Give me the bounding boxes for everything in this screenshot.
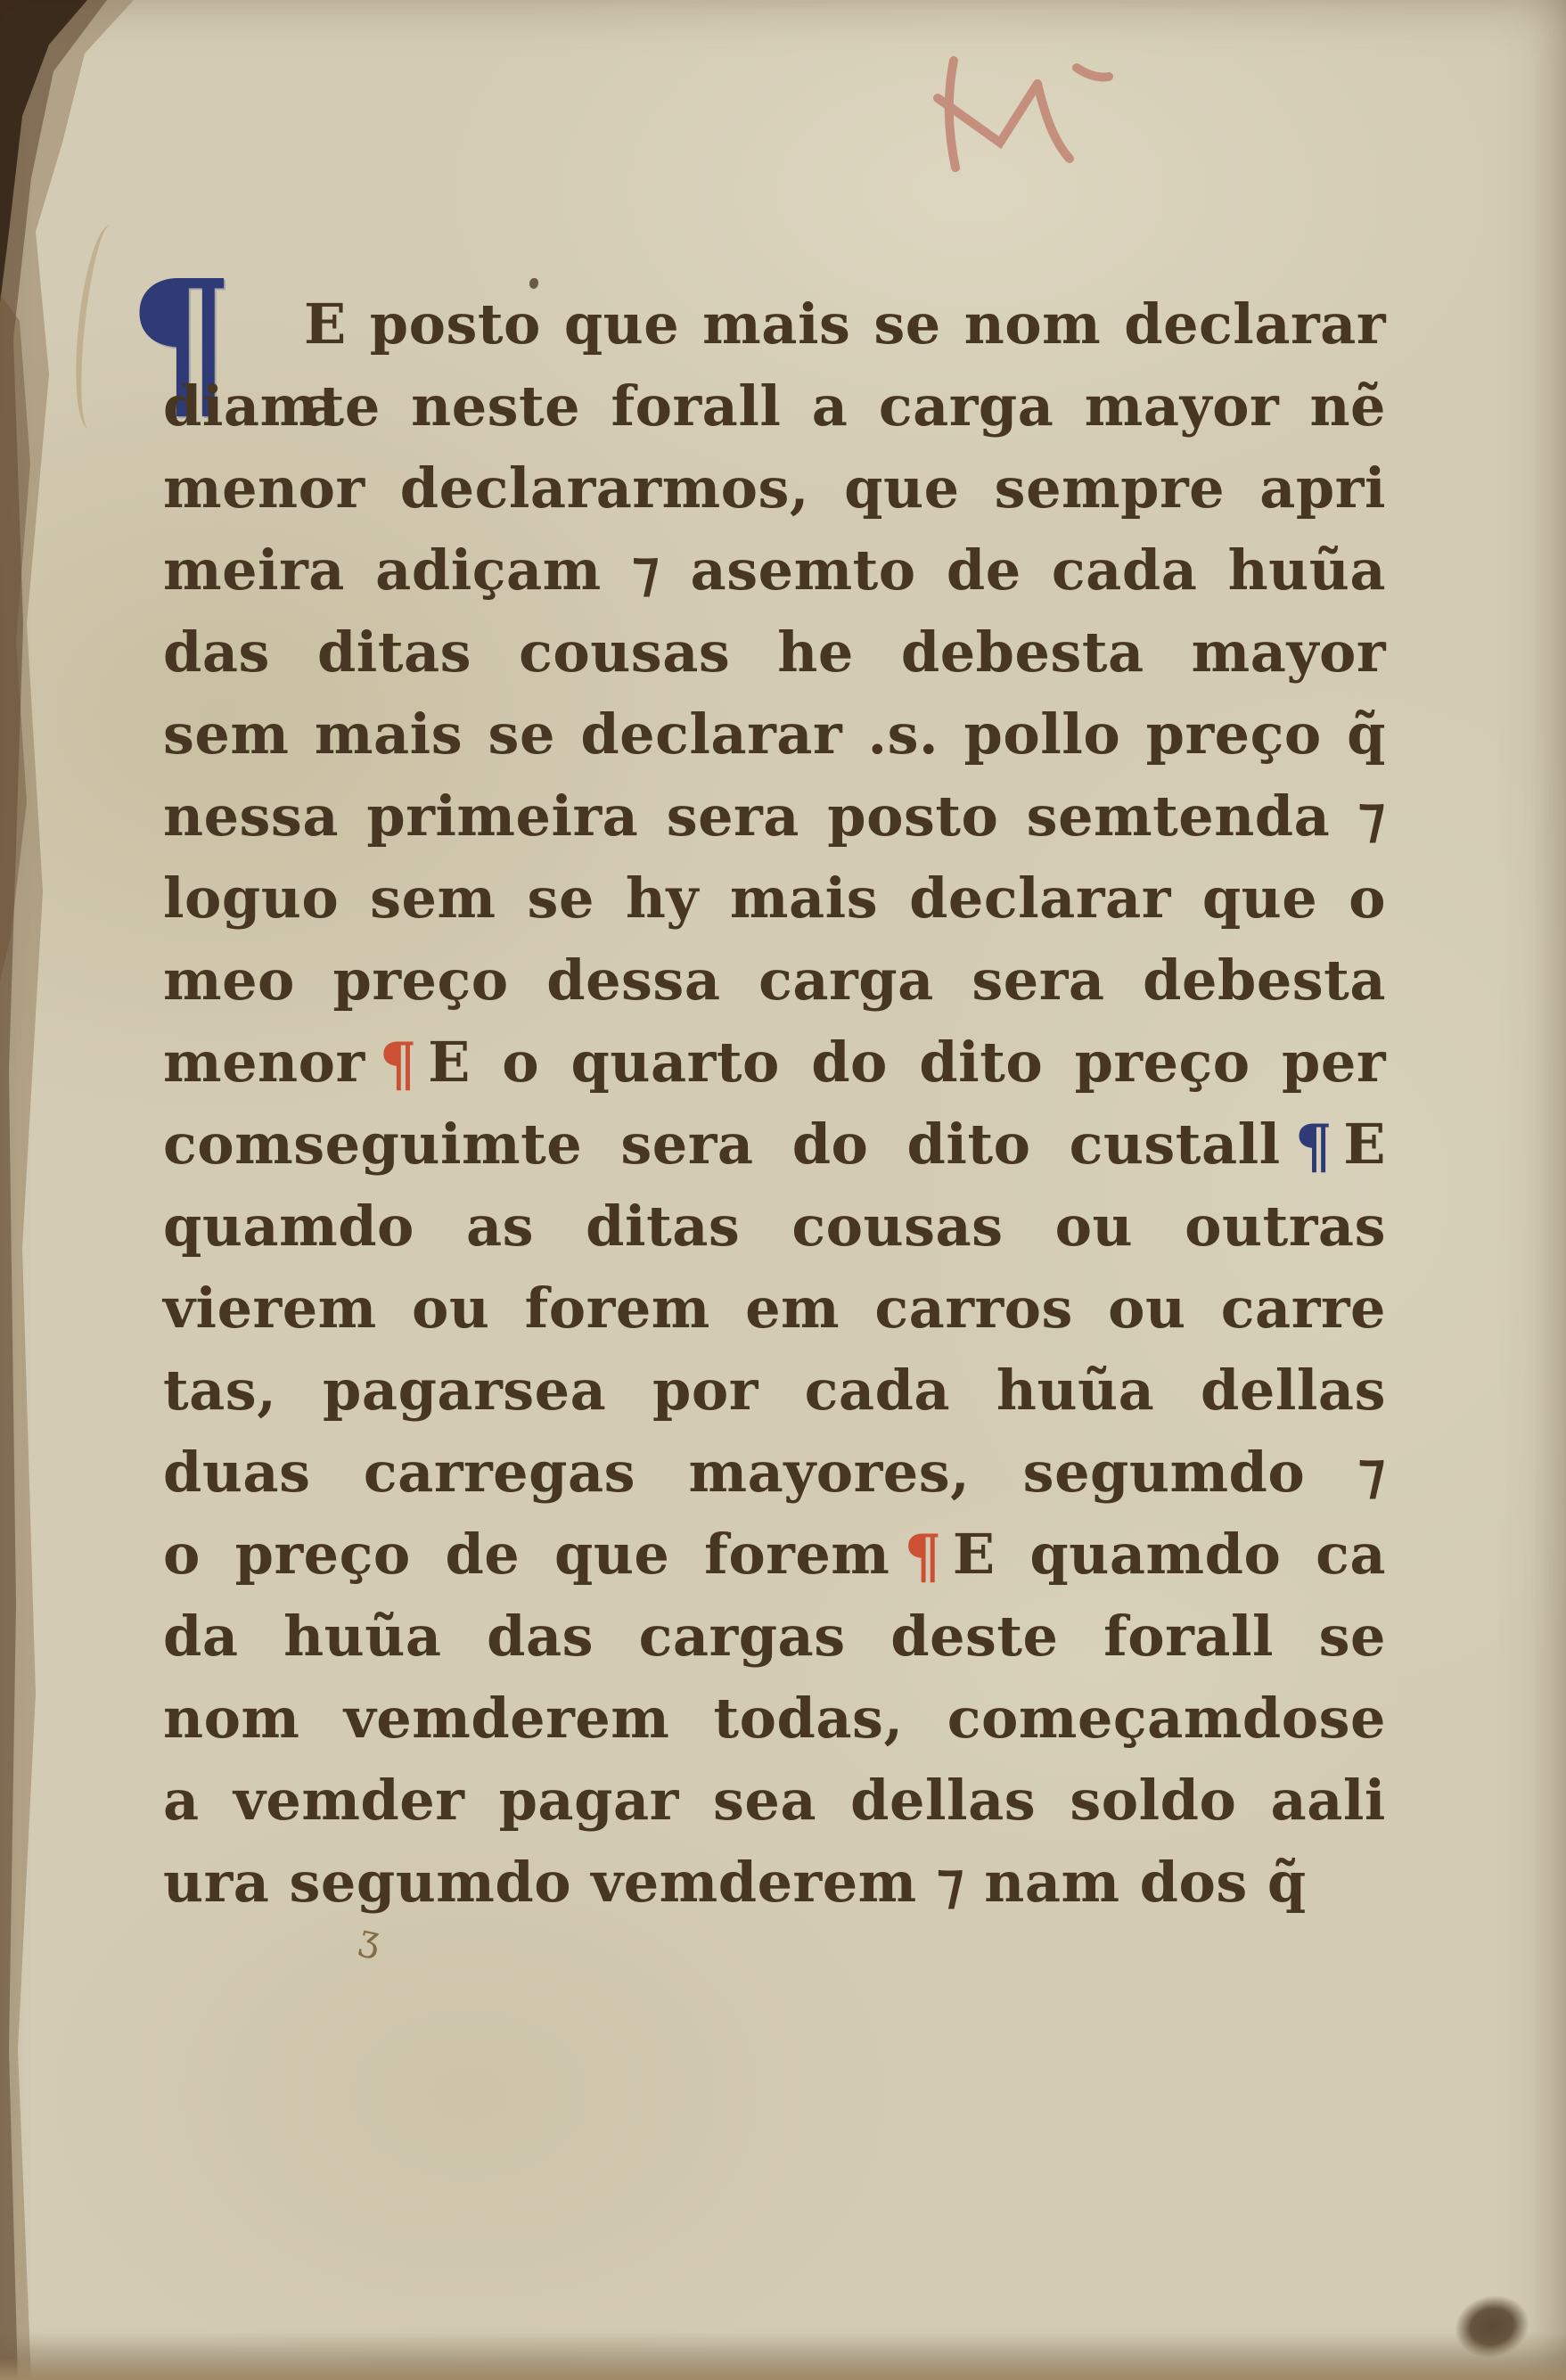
- text-line: da huũa das cargas deste forall se: [163, 1596, 1386, 1678]
- text-line: ura segumdo vemderem ⁊ nam dos q̃: [163, 1842, 1386, 1924]
- line-text: ura segumdo vemderem ⁊ nam dos q̃: [163, 1850, 1307, 1915]
- text-block: ¶E posto que mais se nom declarar a diam…: [163, 283, 1386, 1924]
- text-line: nom vemderem todas, começamdose: [163, 1678, 1386, 1760]
- text-line: meira adiçam ⁊ asemto de cada huũa: [163, 529, 1386, 611]
- line-text: meo preço dessa carga sera debesta: [163, 948, 1386, 1013]
- pilcrow-icon: ¶: [380, 1030, 418, 1099]
- line-text: das ditas cousas he debesta mayor: [163, 620, 1386, 685]
- line-text: diamte neste forall a carga mayor nẽ: [163, 373, 1386, 439]
- line-text: duas carregas mayores, segumdo ⁊: [163, 1440, 1386, 1505]
- manuscript-page: ʒ ¶E posto que mais se nom declarar a di…: [0, 0, 1566, 2380]
- line-text: da huũa das cargas deste forall se: [163, 1604, 1386, 1669]
- line-text: tas, pagarsea por cada huũa dellas: [163, 1358, 1386, 1423]
- text-line: nessa primeira sera posto semtenda ⁊: [163, 776, 1386, 858]
- text-line: sem mais se declarar .s. pollo preço q̃: [163, 693, 1386, 776]
- text-line: vierem ou forem em carros ou carre: [163, 1268, 1386, 1350]
- line-text: nom vemderem todas, começamdose: [163, 1686, 1386, 1751]
- text-line: menor¶E o quarto do dito preço per: [163, 1022, 1386, 1104]
- text-line: diamte neste forall a carga mayor nẽ: [163, 365, 1386, 447]
- text-line: loguo sem se hy mais declarar que o: [163, 858, 1386, 940]
- line-text: E o quarto do dito preço per: [428, 1030, 1386, 1095]
- line-text: meira adiçam ⁊ asemto de cada huũa: [163, 538, 1386, 603]
- line-text: a vemder pagar sea dellas soldo aali: [163, 1768, 1386, 1833]
- text-line: a vemder pagar sea dellas soldo aali: [163, 1760, 1386, 1842]
- text-line: menor declararmos, que sempre apri: [163, 447, 1386, 529]
- text-line: ¶E posto que mais se nom declarar a: [163, 283, 1386, 365]
- line-text: E quamdo ca: [953, 1522, 1386, 1587]
- line-text-pre: o preço de que forem: [163, 1522, 890, 1587]
- line-text: quamdo as ditas cousas ou outras: [163, 1194, 1386, 1259]
- text-line: duas carregas mayores, segumdo ⁊: [163, 1432, 1386, 1514]
- line-text: loguo sem se hy mais declarar que o: [163, 866, 1386, 931]
- pilcrow-icon: ¶: [904, 1522, 942, 1591]
- line-text: nessa primeira sera posto semtenda ⁊: [163, 784, 1386, 849]
- text-line: meo preço dessa carga sera debesta: [163, 940, 1386, 1022]
- pilcrow-icon: ¶: [1295, 1112, 1333, 1181]
- line-text-pre: comseguimte sera do dito custall: [163, 1112, 1281, 1177]
- text-line: quamdo as ditas cousas ou outras: [163, 1186, 1386, 1268]
- line-text: sem mais se declarar .s. pollo preço q̃: [163, 702, 1386, 767]
- text-line: comseguimte sera do dito custall¶E: [163, 1104, 1386, 1186]
- red-quire-mark: [927, 52, 1141, 194]
- page-bottom-edge: [0, 2332, 1566, 2380]
- line-text-pre: menor: [163, 1030, 365, 1095]
- text-line: das ditas cousas he debesta mayor: [163, 611, 1386, 693]
- line-text: E: [1343, 1112, 1386, 1177]
- text-line: o preço de que forem¶E quamdo ca: [163, 1514, 1386, 1596]
- line-text: menor declararmos, que sempre apri: [163, 455, 1386, 521]
- text-line: tas, pagarsea por cada huũa dellas: [163, 1350, 1386, 1432]
- line-text: vierem ou forem em carros ou carre: [163, 1276, 1386, 1341]
